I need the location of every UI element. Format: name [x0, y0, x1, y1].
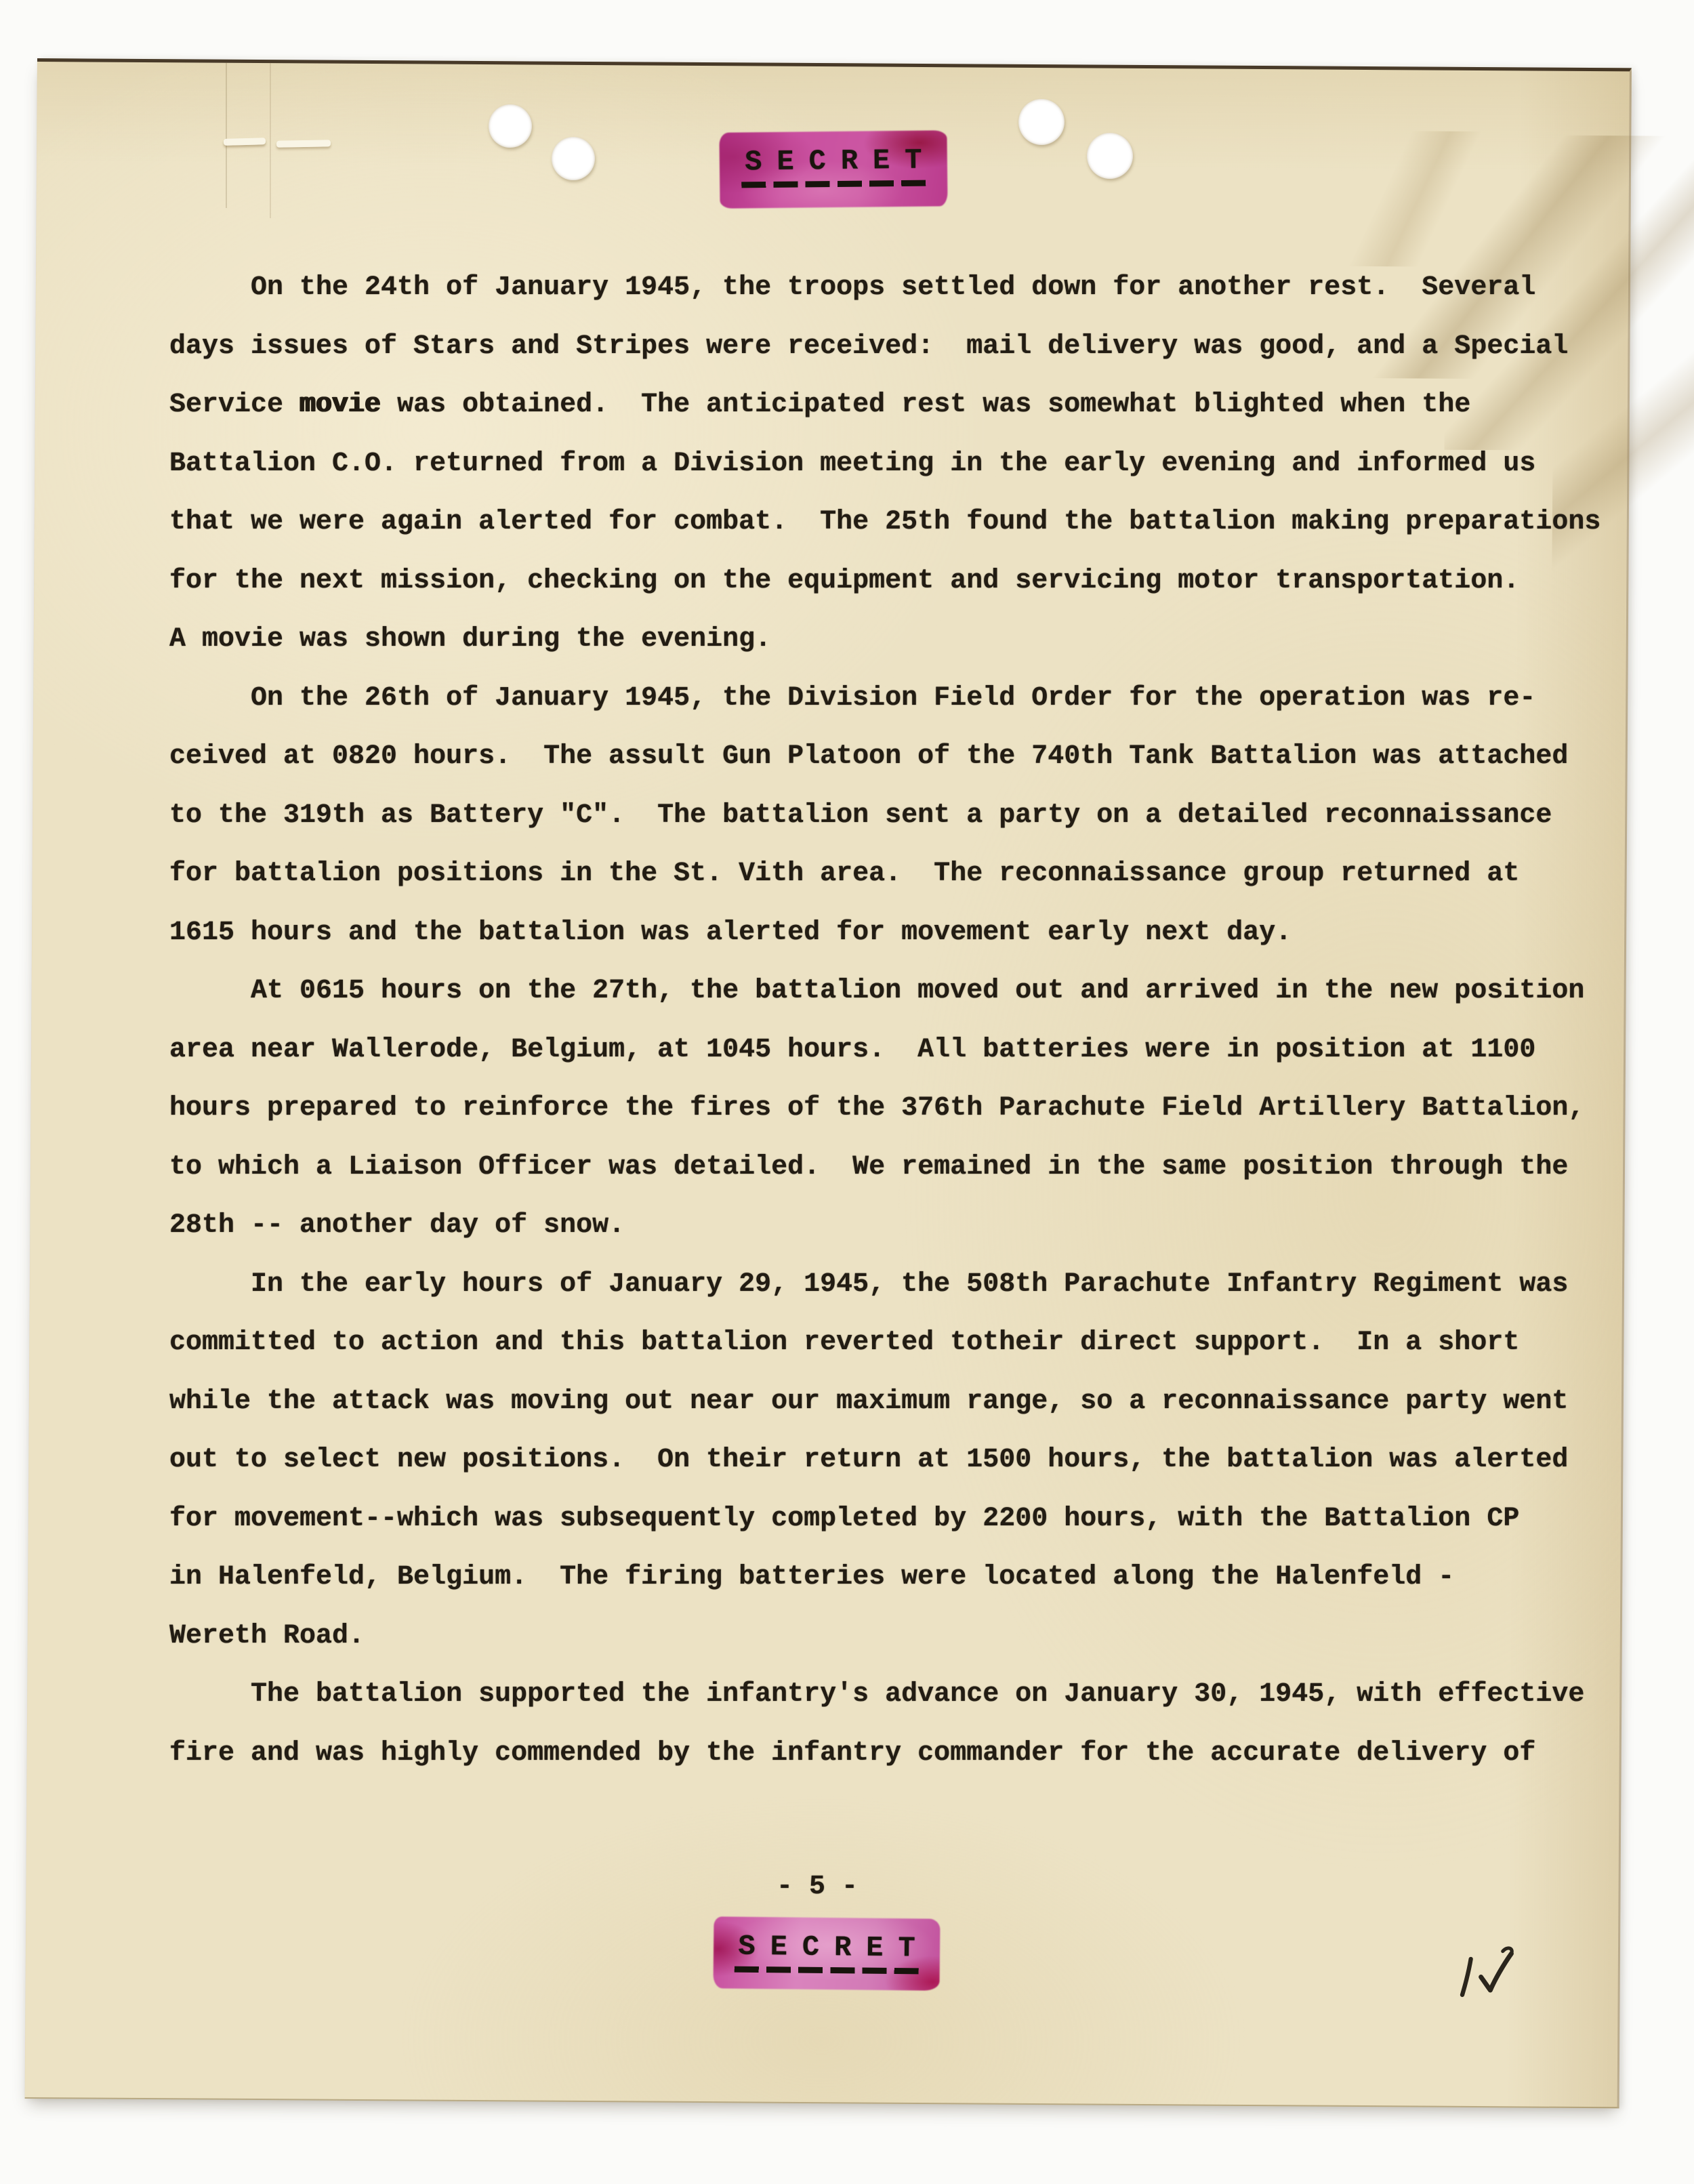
- typed-line: 28th -- another day of snow.: [169, 1197, 1633, 1256]
- typed-line: in Halenfeld, Belgium. The firing batter…: [169, 1548, 1633, 1607]
- punch-hole: [1018, 99, 1065, 145]
- typed-line: that we were again alerted for combat. T…: [169, 493, 1633, 552]
- typed-line: fire and was highly commended by the inf…: [169, 1725, 1633, 1784]
- typed-line: Service movie was obtained. The anticipa…: [169, 376, 1633, 435]
- typed-line: for battalion positions in the St. Vith …: [169, 845, 1633, 904]
- typed-line: while the attack was moving out near our…: [169, 1373, 1633, 1432]
- typed-line: for movement--which was subsequently com…: [169, 1490, 1633, 1549]
- typed-line: to the 319th as Battery "C". The battali…: [169, 787, 1633, 846]
- paper-fold-line: [270, 62, 271, 218]
- typed-line: hours prepared to reinforce the fires of…: [169, 1079, 1633, 1138]
- handwritten-mark: [1447, 1943, 1525, 2021]
- paper-crease: [1256, 130, 1582, 268]
- secret-stamp-label: SECRET: [714, 1916, 955, 1965]
- paper-fold-line: [226, 62, 227, 208]
- typed-line: 1615 hours and the battalion was alerted…: [169, 904, 1633, 963]
- typed-line: for the next mission, checking on the eq…: [169, 552, 1633, 611]
- secret-stamp-top: SECRET: [719, 130, 947, 209]
- typed-line: Battalion C.O. returned from a Division …: [169, 435, 1633, 494]
- typed-line: committed to action and this battalion r…: [169, 1314, 1633, 1373]
- typed-line: ceived at 0820 hours. The assult Gun Pla…: [169, 728, 1633, 787]
- scanner-bed: SECRET On the 24th of January 1945, the …: [0, 0, 1694, 2184]
- staple-tear-mark: [276, 140, 331, 147]
- typed-line: days issues of Stars and Stripes were re…: [169, 318, 1633, 377]
- secret-stamp-bottom: SECRET: [713, 1916, 940, 1990]
- staple-tear-mark: [224, 138, 266, 146]
- punch-hole: [489, 104, 532, 148]
- paragraph: In the early hours of January 29, 1945, …: [169, 1256, 1633, 1666]
- secret-stamp-label: SECRET: [719, 130, 962, 179]
- page-number: - 5 -: [777, 1872, 858, 1902]
- typed-line: On the 24th of January 1945, the troops …: [169, 259, 1633, 318]
- typed-line: to which a Liaison Officer was detailed.…: [169, 1138, 1633, 1197]
- typed-line: At 0615 hours on the 27th, the battalion…: [169, 962, 1633, 1021]
- typed-body: On the 24th of January 1945, the troops …: [169, 259, 1633, 1783]
- typed-line: out to select new positions. On their re…: [169, 1431, 1633, 1490]
- paragraph: On the 26th of January 1945, the Divisio…: [169, 669, 1633, 963]
- paragraph: At 0615 hours on the 27th, the battalion…: [169, 962, 1633, 1256]
- paragraph: The battalion supported the infantry's a…: [169, 1666, 1633, 1783]
- typed-line: A movie was shown during the evening.: [169, 611, 1633, 669]
- punch-hole: [1087, 133, 1133, 179]
- typed-line: area near Wallerode, Belgium, at 1045 ho…: [169, 1021, 1633, 1080]
- typed-line: The battalion supported the infantry's a…: [169, 1666, 1633, 1725]
- punch-hole: [552, 137, 595, 180]
- typed-line: On the 26th of January 1945, the Divisio…: [169, 669, 1633, 728]
- typed-line: Wereth Road.: [169, 1607, 1633, 1666]
- paragraph: On the 24th of January 1945, the troops …: [169, 259, 1633, 669]
- typed-line: In the early hours of January 29, 1945, …: [169, 1256, 1633, 1315]
